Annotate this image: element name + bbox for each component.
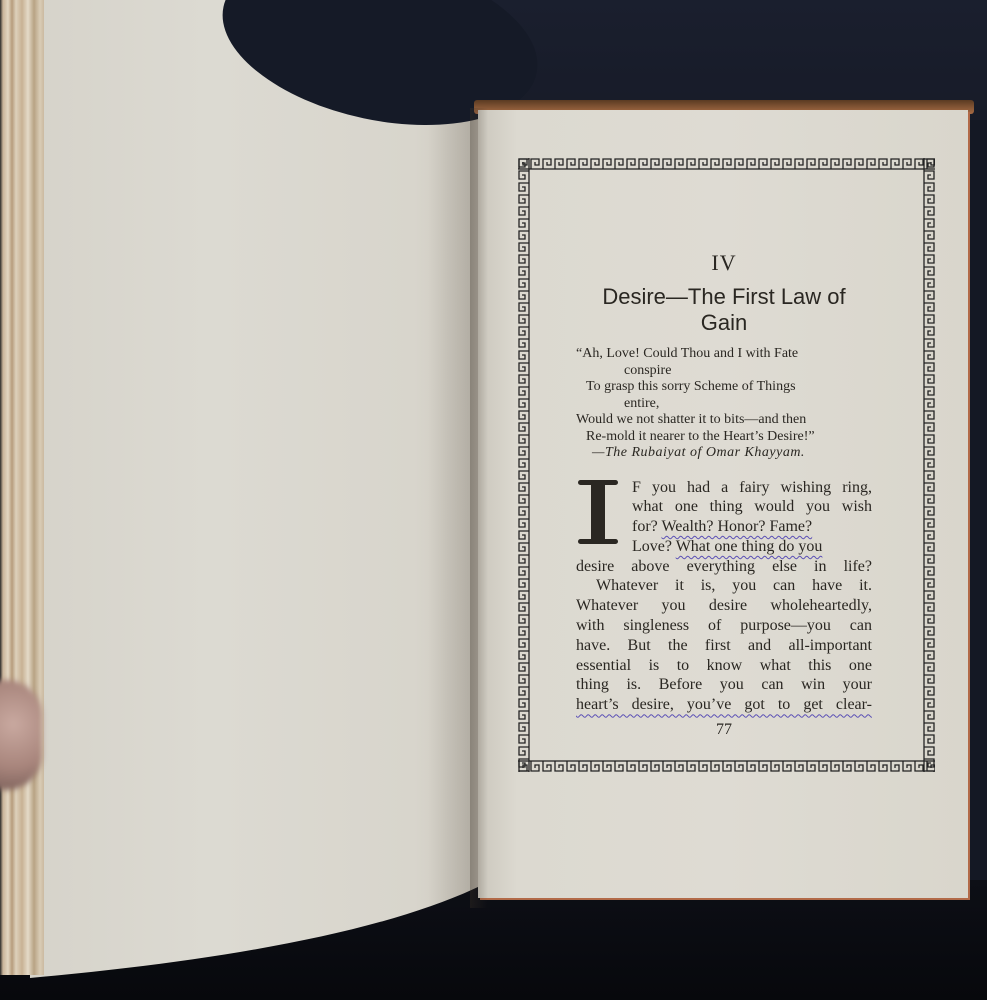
epigraph-line: entire, xyxy=(576,396,872,413)
page-edge-stack xyxy=(0,0,44,975)
border-bottom xyxy=(518,760,935,772)
body-line: have. But the first and all-important xyxy=(576,636,872,656)
body-line: Whatever it is, you can have it. xyxy=(576,576,872,596)
border-right xyxy=(923,158,935,772)
underlined-phrase: What one thing do you xyxy=(676,538,823,555)
epigraph: “Ah, Love! Could Thou and I with Fate co… xyxy=(576,346,872,462)
underlined-phrase: heart’s desire, you’ve got to get clear- xyxy=(576,695,872,715)
epigraph-line: conspire xyxy=(576,363,872,380)
border-top xyxy=(518,158,935,170)
underlined-phrase: Wealth? Honor? Fame? xyxy=(661,518,812,535)
body-fragment: Love? xyxy=(632,538,672,555)
epigraph-attribution: —The Rubaiyat of Omar Khayyam. xyxy=(576,445,872,462)
drop-cap-i xyxy=(576,480,620,544)
body-line: F you had a fairy wishing ring, xyxy=(576,478,872,498)
thumb xyxy=(0,680,42,790)
border-left xyxy=(518,158,530,772)
body-line: thing is. Before you can win your xyxy=(576,675,872,695)
epigraph-line: Re-mold it nearer to the Heart’s Desire!… xyxy=(576,429,872,446)
body-line: Love? What one thing do you xyxy=(576,537,872,557)
body-line: Whatever you desire wholeheartedly, xyxy=(576,596,872,616)
left-page-blank xyxy=(30,0,482,978)
body-line: desire above everything else in life? xyxy=(576,557,872,577)
body-line: essential is to know what this one xyxy=(576,656,872,676)
body-line: what one thing would you wish xyxy=(576,497,872,517)
epigraph-line: Would we not shatter it to bits—and then xyxy=(576,412,872,429)
chapter-title-line-1: Desire—The First Law of xyxy=(576,284,872,310)
epigraph-line: “Ah, Love! Could Thou and I with Fate xyxy=(576,346,872,363)
gutter-shadow xyxy=(470,108,488,908)
body-line: with singleness of purpose—you can xyxy=(576,616,872,636)
body-text: F you had a fairy wishing ring, what one… xyxy=(576,478,872,716)
page-content: IV Desire—The First Law of Gain “Ah, Lov… xyxy=(576,250,872,739)
chapter-number: IV xyxy=(576,250,872,276)
body-line: for? Wealth? Honor? Fame? xyxy=(576,517,872,537)
body-fragment: for? xyxy=(632,518,658,535)
page-number: 77 xyxy=(576,721,872,739)
chapter-title: Desire—The First Law of Gain xyxy=(576,284,872,336)
chapter-title-line-2: Gain xyxy=(576,310,872,336)
epigraph-line: To grasp this sorry Scheme of Things xyxy=(576,379,872,396)
